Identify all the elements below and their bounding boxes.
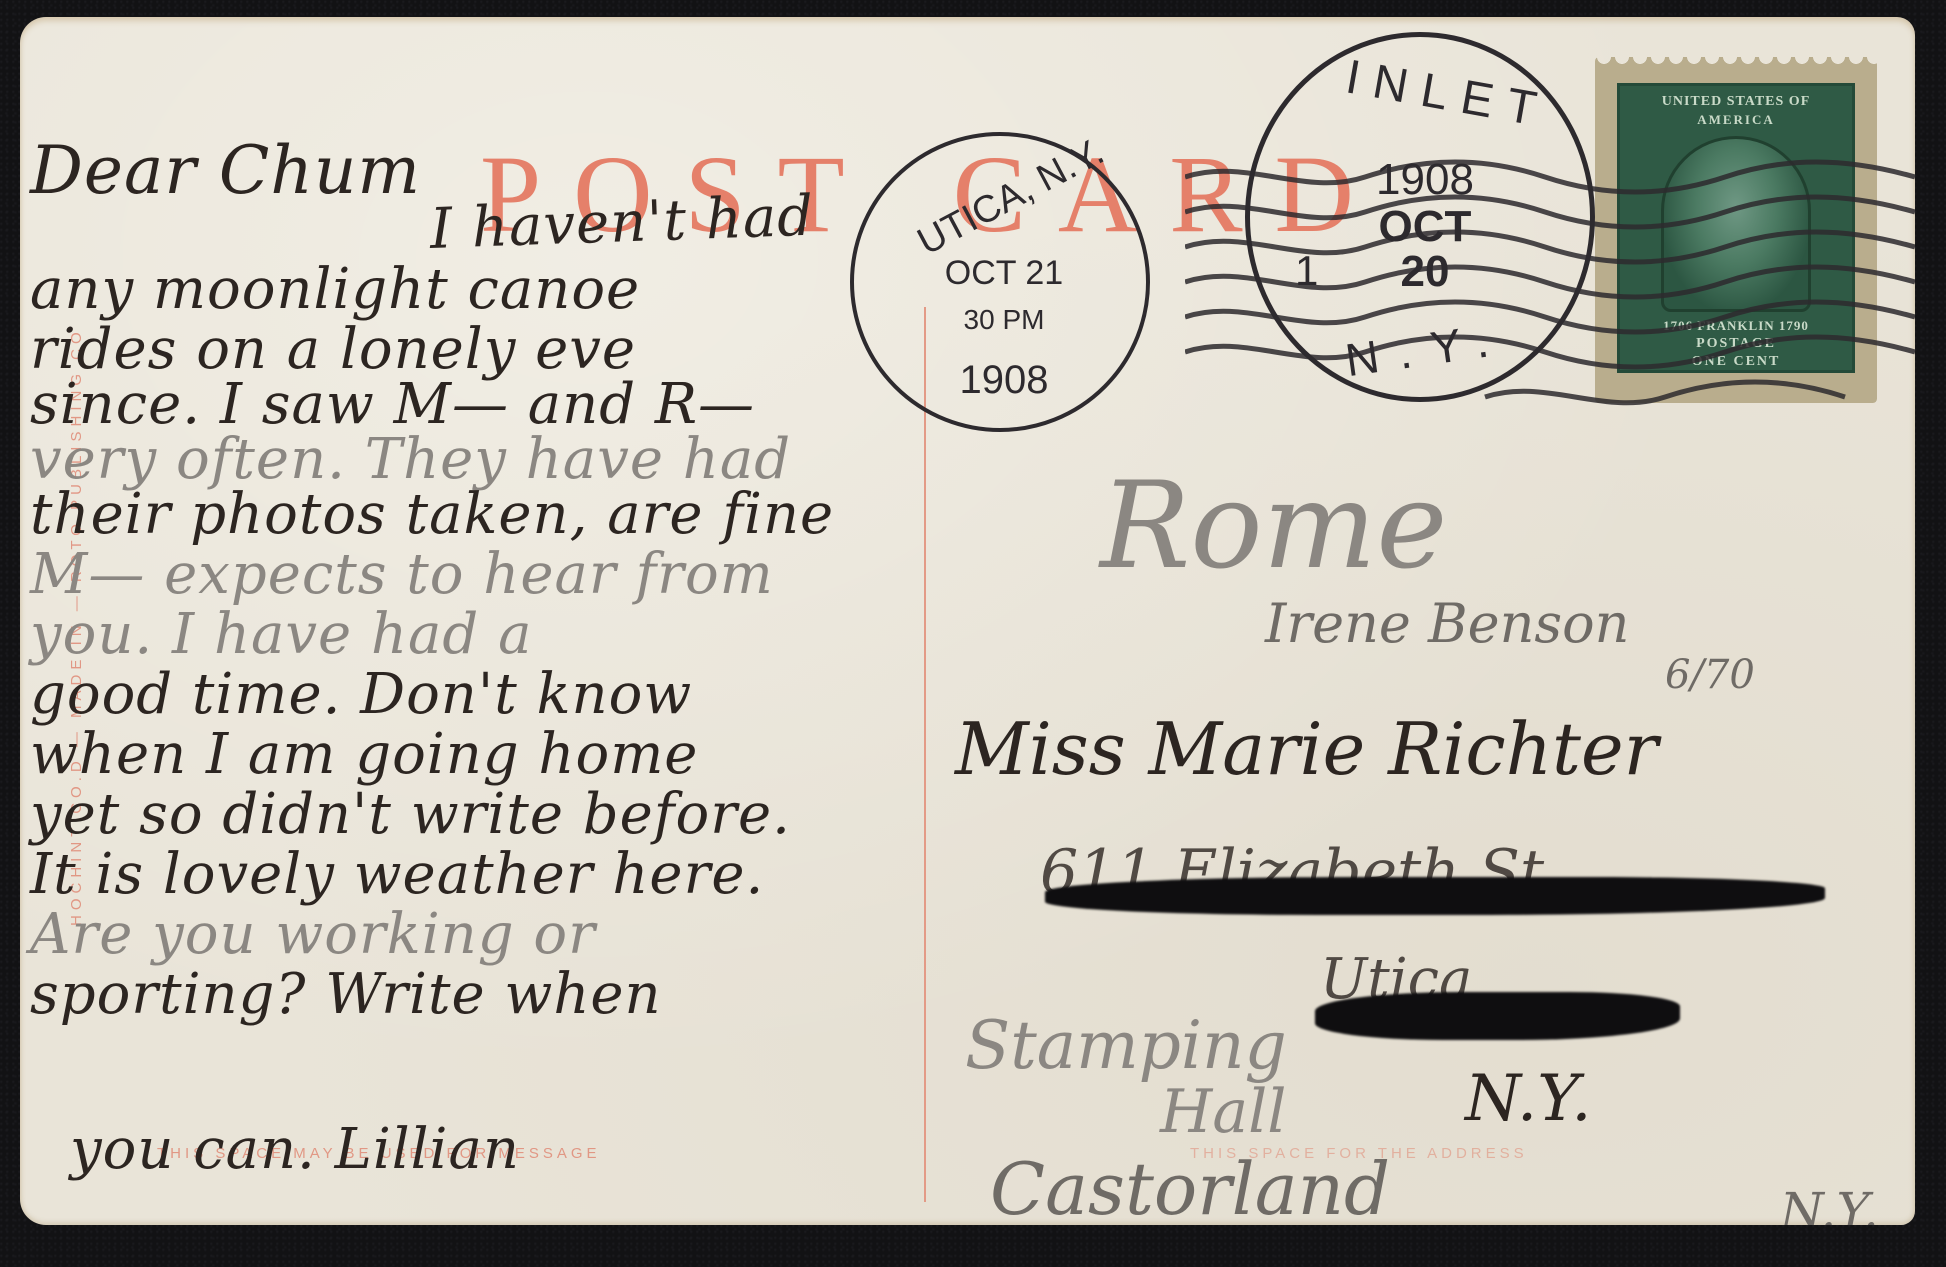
postmark-time: 30 PM <box>934 304 1074 336</box>
postmark-state: N.Y. <box>1342 311 1511 387</box>
message-line: their photos taken, are fine <box>30 482 834 547</box>
inlet-postmark: INLET 1908 OCT 20 1 N.Y. <box>1245 32 1595 402</box>
utica-postmark: UTICA, N.Y. OCT 21 30 PM 1908 <box>850 132 1150 432</box>
ink-strikeout <box>1045 877 1825 915</box>
postmark-city: UTICA, N.Y. <box>911 131 1111 265</box>
pencil-note-number: 6/70 <box>1665 652 1755 698</box>
center-divider-line <box>924 307 926 1202</box>
message-line: I haven't had <box>429 184 815 262</box>
address-state: N.Y. <box>1465 1062 1592 1136</box>
postmark-date: OCT 21 <box>934 254 1074 293</box>
message-line: when I am going home <box>30 722 698 787</box>
message-line: Are you working or <box>30 902 596 967</box>
message-line: you. I have had a <box>30 602 532 667</box>
ink-strikeout <box>1315 992 1680 1040</box>
postmark-year: 1908 <box>934 358 1074 403</box>
postmark-month: OCT <box>1360 202 1490 252</box>
postmark-year: 1908 <box>1360 155 1490 205</box>
postcard-back: P O S T C A R D HOCHINT CO.D — MADE IN —… <box>20 17 1915 1225</box>
message-line: M— expects to hear from <box>30 542 774 607</box>
message-line: any moonlight canoe <box>30 257 640 322</box>
forwarding-pencil-note-2: Hall <box>1160 1077 1286 1147</box>
pencil-note-rome: Rome <box>1100 457 1447 596</box>
message-line: you can. Lillian <box>70 1117 520 1182</box>
forwarding-city: Castorland <box>990 1147 1390 1225</box>
message-line: Dear Chum <box>30 132 421 209</box>
stamp-country-2: AMERICA <box>1697 112 1775 128</box>
postmark-day: 20 <box>1360 247 1490 297</box>
postmark-number: 1 <box>1295 247 1318 295</box>
postmark-city: INLET <box>1342 50 1554 140</box>
message-line: It is lovely weather here. <box>30 842 764 907</box>
recipient-name: Miss Marie Richter <box>955 707 1658 791</box>
forwarding-state: N.Y. <box>1780 1182 1879 1225</box>
forwarding-pencil-note: Stamping <box>965 1007 1287 1084</box>
message-line: yet so didn't write before. <box>30 782 791 847</box>
stamp-country: UNITED STATES OF <box>1662 94 1811 110</box>
pencil-note-name: Irene Benson <box>1265 592 1629 655</box>
message-line: good time. Don't know <box>30 662 692 727</box>
message-line: sporting? Write when <box>30 962 662 1027</box>
